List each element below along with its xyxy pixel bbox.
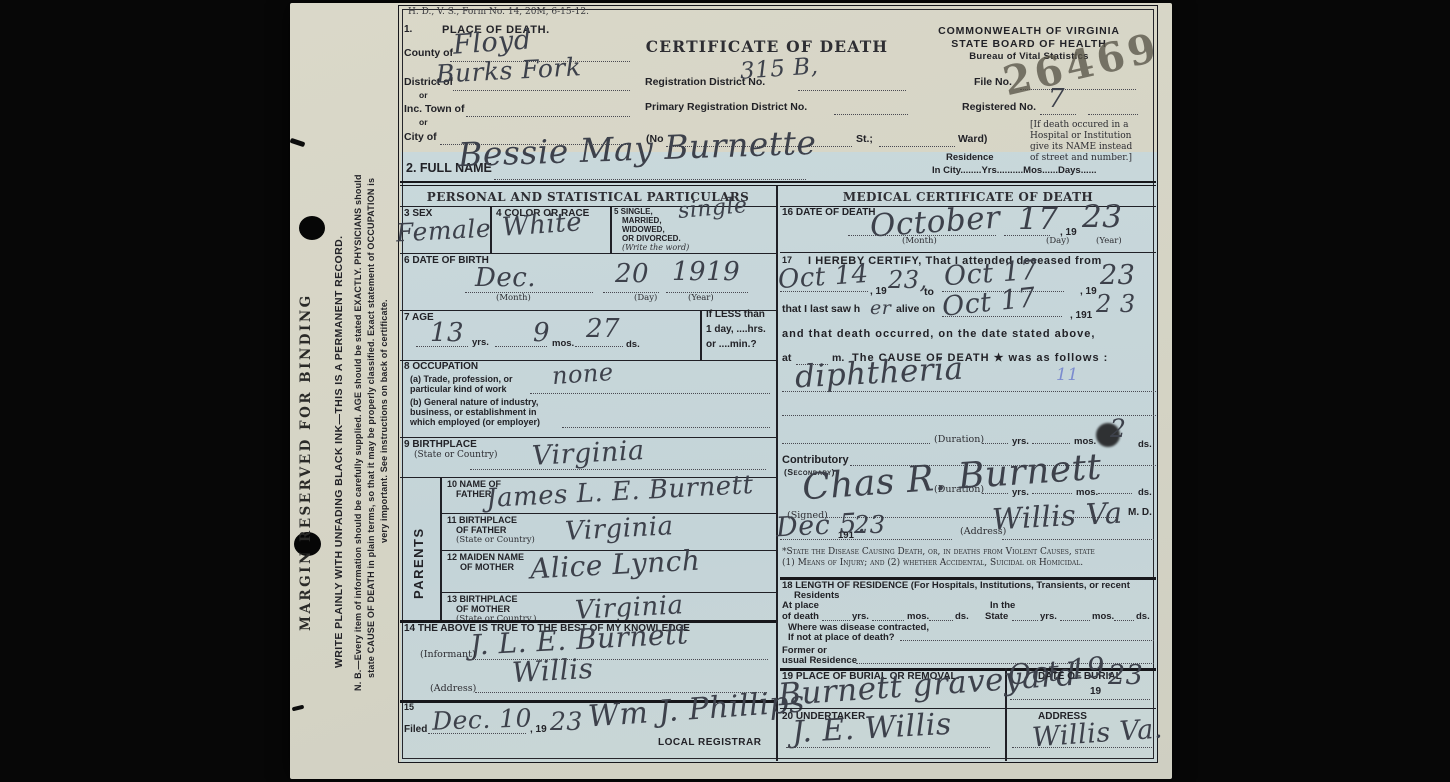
footnote-line2: (1) Means of Injury; and (2) whether Acc… [782,559,1083,568]
dotted-line [780,539,952,540]
street-label: St.; [856,134,873,145]
dotted-line [1002,539,1154,540]
city-label: City of [404,132,437,143]
dotted-line [834,114,908,115]
color-race-value: White [501,210,583,240]
dotted-line [879,146,955,147]
dotted-line [1004,235,1050,236]
punch-hole [299,216,325,240]
scan-background: { "colors": { "background": "#070707", "… [0,0,1450,782]
county-label: County of [404,48,453,59]
burial-year-printed: 19 [1090,687,1101,697]
registered-no-label: Registered No. [962,102,1036,113]
marital-label-4: OR DIVORCED. [622,235,681,243]
margin-nb-line1: N. B.—Every item of information should b… [354,174,363,691]
occupation-b-line1: (b) General nature of industry, [410,398,538,407]
marital-value: single [677,196,748,223]
dotted-line [1012,747,1152,748]
dotted-line [782,443,930,444]
father-birthplace-label-1: 11 BIRTHPLACE [447,516,517,525]
filed-label: Filed [404,725,427,735]
registered-no-value: 7 [1048,87,1065,112]
to-year-script: 23 [1100,263,1135,289]
yrs-label: yrs. [1040,612,1057,622]
duration-label: (Duration) [934,435,984,445]
blue-pencil-mark: 11 [1056,367,1079,383]
dotted-line [822,620,850,621]
parents-cell-divider [440,477,442,620]
or-label: or [419,118,428,127]
certificate-title: CERTIFICATE OF DEATH [642,39,892,55]
death-year-script: 23 [1082,203,1122,232]
ink-mark [290,138,306,147]
birthplace-caption: (State or Country) [414,451,497,460]
dotted-line [562,427,770,428]
mos-label: mos. [907,612,929,622]
father-birthplace-caption: (State or Country) [456,536,535,545]
day-caption: (Day) [1046,237,1069,246]
father-birthplace-value: Virginia [564,514,674,544]
dotted-line [782,415,1156,416]
district-value: Burks Fork [435,55,582,86]
death-day-value: 17 [1018,205,1058,234]
sex-value: Female [395,217,491,246]
occupation-b-line2: business, or establishment in [410,408,537,417]
hospital-note-line1: [If death occured in a [1030,121,1128,130]
from-year-script: 23, [888,269,928,292]
date-of-death-label: 16 DATE OF DEATH [782,208,876,218]
state-label: State [985,612,1008,622]
age-years-value: 13 [430,321,464,346]
dotted-line [900,640,1154,641]
footnote-line1: *State the Disease Causing Death, or, in… [782,548,1095,557]
of-death-label: of death [782,612,819,622]
age-months-value: 9 [533,321,550,346]
cell-divider [700,310,702,360]
filed-date-value: Dec. 10 [432,706,533,733]
month-caption: (Month) [496,294,531,303]
rule-line [780,252,1156,253]
day-caption: (Day) [634,294,657,303]
age-days-value: 27 [586,317,620,342]
dotted-line [575,346,623,347]
residence-line: In City........Yrs..........Mos......Day… [932,166,1097,176]
month-caption: (Month) [902,237,937,246]
mother-name-label-2: OF MOTHER [460,563,514,572]
dotted-line [495,346,547,347]
dotted-line [782,391,1156,392]
marital-write-word-label: (Write the word) [622,244,689,252]
residence-label: Residence [946,153,994,163]
occupation-b-line3: which employed (or employer) [410,418,540,427]
dotted-line [428,733,526,734]
at-place-label: At place [782,601,819,611]
death-certificate-document: MARGIN RESERVED FOR BINDING WRITE PLAINL… [290,3,1172,779]
ward-label: Ward) [958,134,987,145]
yrs-label: yrs. [472,338,489,348]
yrs-label: yrs. [852,612,869,622]
if-less-line3: or ....min.? [706,340,757,350]
at-label: at [782,353,791,364]
birthplace-value: Virginia [531,438,645,469]
dotted-line [494,179,806,180]
mos-label: mos. [1092,612,1114,622]
dotted-line [1012,620,1038,621]
occupation-label: 8 OCCUPATION [404,362,478,372]
dotted-line [1032,493,1072,494]
year-caption: (Year) [688,294,714,303]
last-saw-label-b: alive on [896,304,935,315]
birth-day-value: 20 [615,262,649,287]
ds-label: ds. [1136,612,1150,622]
undertaker-value: J. E. Willis [791,711,952,748]
last-saw-year-script: 2 3 [1096,293,1136,316]
item-1-number: 1. [404,25,412,35]
dotted-line [942,316,1062,317]
mos-label: mos. [1074,437,1096,447]
father-birthplace-label-2: OF FATHER [456,526,506,535]
cell-divider [610,207,612,253]
section-divider [400,181,1156,186]
dotted-line [780,291,868,292]
dotted-line [453,90,630,91]
margin-binding-text: MARGIN RESERVED FOR BINDING [300,293,314,631]
occupation-value: none [551,361,614,388]
last-saw-label-a: that I last saw h [782,304,860,315]
county-value: Floyd [452,27,532,58]
signed-date-script2: 23 [854,514,886,537]
attended-from-date: Oct 14 [777,262,869,293]
to-year-printed: , 19 [1080,287,1097,297]
informant-address-label: (Address) [430,684,476,694]
informant-address-value: Willis [511,656,594,687]
ink-mark [292,705,305,712]
birthplace-label: 9 BIRTHPLACE [404,440,477,450]
dotted-line [798,90,906,91]
margin-nb-line3: very important. See instructions on back… [380,299,389,543]
local-registrar-label: LOCAL REGISTRAR [658,738,761,748]
dotted-line [929,620,953,621]
dotted-line [1098,493,1132,494]
disease-contracted-line2: If not at place of death? [788,633,895,643]
dotted-line [530,393,770,394]
former-residence-line2: usual Residence [782,656,857,666]
to-label: to [924,287,934,298]
dotted-line [982,443,1008,444]
ds-label: ds. [1138,440,1152,450]
cause-of-death-value: diphtheria [794,355,964,393]
dotted-line [1088,114,1138,115]
mos-label: mos. [552,339,574,349]
ds-label: ds. [955,612,969,622]
if-less-line2: 1 day, ....hrs. [706,325,766,335]
form-number: H. D., V. S., Form No. 14, 20M, 6-15-12. [408,8,589,17]
mother-birthplace-label-1: 13 BIRTHPLACE [447,595,518,604]
margin-write-plainly-text: WRITE PLAINLY WITH UNFADING BLACK INK—TH… [334,236,345,668]
marital-label-1: 5 SINGLE, [614,208,653,216]
last-saw-her-script: er [870,299,891,317]
rule-line [780,708,1156,709]
inc-town-label: Inc. Town of [404,104,464,115]
mother-name-label-1: 12 MAIDEN NAME [447,553,524,562]
yrs-label: yrs. [1012,437,1029,447]
occupation-a-line2: particular kind of work [410,385,507,394]
dotted-line [416,346,468,347]
dotted-line [1010,699,1150,700]
from-year-printed: , 19 [870,287,887,297]
year-caption: (Year) [1096,237,1122,246]
filed-year-printed: , 19 [530,725,547,735]
ds-label: ds. [1138,488,1152,498]
physician-address-value: Willis Va [991,500,1123,534]
dotted-line [872,620,904,621]
dotted-line [1114,620,1134,621]
burial-year-script: 23 [1108,663,1143,689]
mother-name-value: Alice Lynch [529,548,701,583]
if-less-line1: If LESS than [706,310,765,320]
marital-label-2: MARRIED, [622,217,662,225]
dotted-line [1040,114,1076,115]
birth-year-value: 1919 [672,260,740,285]
hospital-note-line4: of street and number.] [1030,154,1132,163]
hospital-note-line2: Hospital or Institution [1030,132,1131,141]
occupation-a-line1: (a) Trade, profession, or [410,375,513,384]
hospital-note-line3: give its NAME instead [1030,143,1132,152]
parents-label: PARENTS [412,527,425,599]
in-the-label: In the [990,601,1015,611]
last-saw-year-printed: , 191 [1070,311,1092,321]
filed-item-number: 15 [404,703,414,712]
ds-label: ds. [626,340,640,350]
marital-label-3: WIDOWED, [622,226,665,234]
birth-month-value: Dec. [475,266,536,291]
dotted-line [1060,620,1090,621]
duration-days-value: 2 [1110,417,1126,441]
mother-birthplace-label-2: OF MOTHER [456,605,510,614]
dotted-line [466,116,630,117]
death-occurred-line: and that death occurred, on the date sta… [782,329,1095,340]
md-label: M. D. [1128,508,1152,518]
registration-district-value: 315 B, [739,56,819,83]
margin-nb-line2: state CAUSE OF DEATH in plain terms, so … [367,178,376,678]
dotted-line [786,747,990,748]
filed-year-script: 23 [550,710,583,734]
or-label: or [419,91,428,100]
dotted-line [1032,443,1070,444]
dotted-line [470,469,766,470]
primary-registration-label: Primary Registration District No. [645,102,807,113]
